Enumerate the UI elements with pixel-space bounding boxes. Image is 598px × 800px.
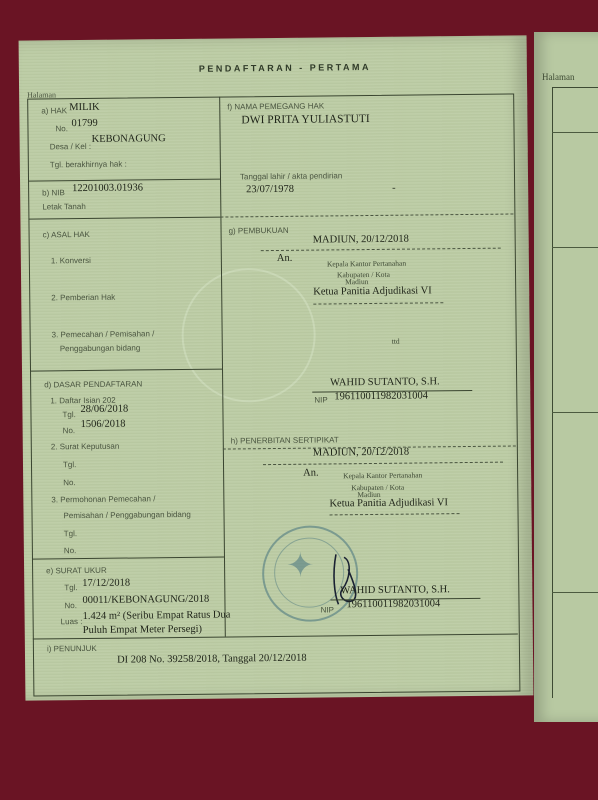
pembukuan-place-date: MADIUN, 20/12/2018 — [313, 234, 409, 246]
surat-keputusan-label: 2. Surat Keputusan — [51, 442, 120, 452]
right-page: Halaman — [534, 32, 598, 722]
surat-ukur-tgl-label: Tgl. — [64, 583, 77, 592]
hak-label: a) HAK — [41, 106, 67, 115]
surat-keputusan-tgl-label: Tgl. — [63, 460, 76, 469]
asal-hak-item: 2. Pemberian Hak — [51, 293, 115, 303]
luas-value: 1.424 m² (Seribu Empat Ratus Dua — [83, 609, 231, 622]
daftar-isian-tgl-label: Tgl. — [62, 410, 75, 419]
surat-ukur-tgl-value: 17/12/2018 — [82, 578, 130, 590]
asal-hak-item: 3. Pemecahan / Pemisahan / — [52, 329, 155, 339]
surat-ukur-label: e) SURAT UKUR — [46, 566, 107, 576]
watermark-emblem — [181, 268, 316, 403]
dasar-pendaftaran-label: d) DASAR PENDAFTARAN — [44, 379, 142, 389]
asal-hak-item: 1. Konversi — [51, 256, 91, 265]
permohonan-no-label: No. — [64, 546, 77, 555]
pembukuan-nip-value: 196110011982031004 — [334, 390, 428, 402]
desa-value: KEBONAGUNG — [92, 133, 166, 145]
letak-tanah-label: Letak Tanah — [42, 202, 86, 211]
hak-value: MILIK — [69, 102, 99, 113]
penerbitan-role: Ketua Panitia Adjudikasi VI — [329, 497, 448, 509]
pembukuan-role: Ketua Panitia Adjudikasi VI — [313, 285, 432, 297]
penerbitan-place-date: MADIUN, 20/12/2018 — [313, 447, 409, 459]
pembukuan-official-name: WAHID SUTANTO, S.H. — [330, 376, 440, 388]
daftar-isian-tgl-value: 28/06/2018 — [80, 404, 128, 416]
pembukuan-an: An. — [277, 253, 293, 264]
permohonan-label: 3. Permohonan Pemecahan / — [51, 494, 155, 504]
asal-hak-label: c) ASAL HAK — [43, 230, 90, 239]
pembukuan-office-line1: Kepala Kantor Pertanahan — [327, 259, 406, 269]
document-title: PENDAFTARAN - PERTAMA — [199, 62, 371, 74]
luas-label: Luas : — [61, 617, 83, 626]
permohonan-label-2: Pemisahan / Penggabungan bidang — [63, 510, 190, 520]
hak-no-label: No. — [55, 124, 68, 133]
surat-keputusan-no-label: No. — [63, 478, 76, 487]
nib-value: 12201003.01936 — [72, 182, 143, 194]
desa-label: Desa / Kel : — [50, 142, 91, 151]
right-page-label: Halaman — [542, 72, 574, 82]
certificate-page: PENDAFTARAN - PERTAMA Halaman a) HAK MIL… — [19, 35, 534, 700]
garuda-emblem-icon: ✦ — [286, 546, 315, 586]
nib-label: b) NIB — [42, 188, 65, 197]
tgl-lahir-label: Tanggal lahir / akta pendirian — [240, 171, 342, 181]
penerbitan-label: h) PENERBITAN SERTIPIKAT — [231, 435, 339, 445]
divider — [552, 132, 598, 133]
daftar-isian-no-value: 1506/2018 — [81, 419, 126, 430]
penerbitan-nip-value: 196110011982031004 — [346, 598, 440, 610]
penerbitan-nip-label: NIP — [320, 605, 333, 614]
penerbitan-office-line1: Kepala Kantor Pertanahan — [343, 470, 422, 480]
tgl-lahir-value: 23/07/1978 — [246, 184, 294, 196]
penunjuk-value: DI 208 No. 39258/2018, Tanggal 20/12/201… — [117, 653, 307, 666]
hak-no-value: 01799 — [71, 118, 97, 129]
divider — [552, 412, 598, 413]
luas-value-2: Puluh Empat Meter Persegi) — [83, 624, 202, 636]
nama-pemegang-label: f) NAMA PEMEGANG HAK — [227, 101, 324, 111]
pembukuan-ttd: ttd — [392, 337, 400, 346]
tgl-berakhir-label: Tgl. berakhirnya hak : — [50, 160, 127, 170]
pembukuan-label: g) PEMBUKUAN — [229, 226, 289, 236]
daftar-isian-no-label: No. — [63, 426, 76, 435]
right-page-frame — [552, 87, 598, 698]
asal-hak-item: Penggabungan bidang — [60, 343, 141, 353]
penunjuk-label: i) PENUNJUK — [47, 644, 97, 654]
divider — [552, 247, 598, 248]
nama-pemegang-value: DWI PRITA YULIASTUTI — [241, 113, 369, 126]
surat-ukur-no-label: No. — [64, 601, 77, 610]
pembukuan-office-city: Madiun — [345, 277, 368, 286]
surat-ukur-no-value: 00011/KEBONAGUNG/2018 — [82, 594, 209, 606]
penerbitan-official-name: WAHID SUTANTO, S.H. — [340, 584, 450, 596]
divider — [552, 592, 598, 593]
penerbitan-an: An. — [303, 468, 319, 479]
tgl-lahir-dash: - — [392, 183, 396, 194]
pembukuan-nip-label: NIP — [314, 395, 327, 404]
permohonan-tgl-label: Tgl. — [64, 529, 77, 538]
